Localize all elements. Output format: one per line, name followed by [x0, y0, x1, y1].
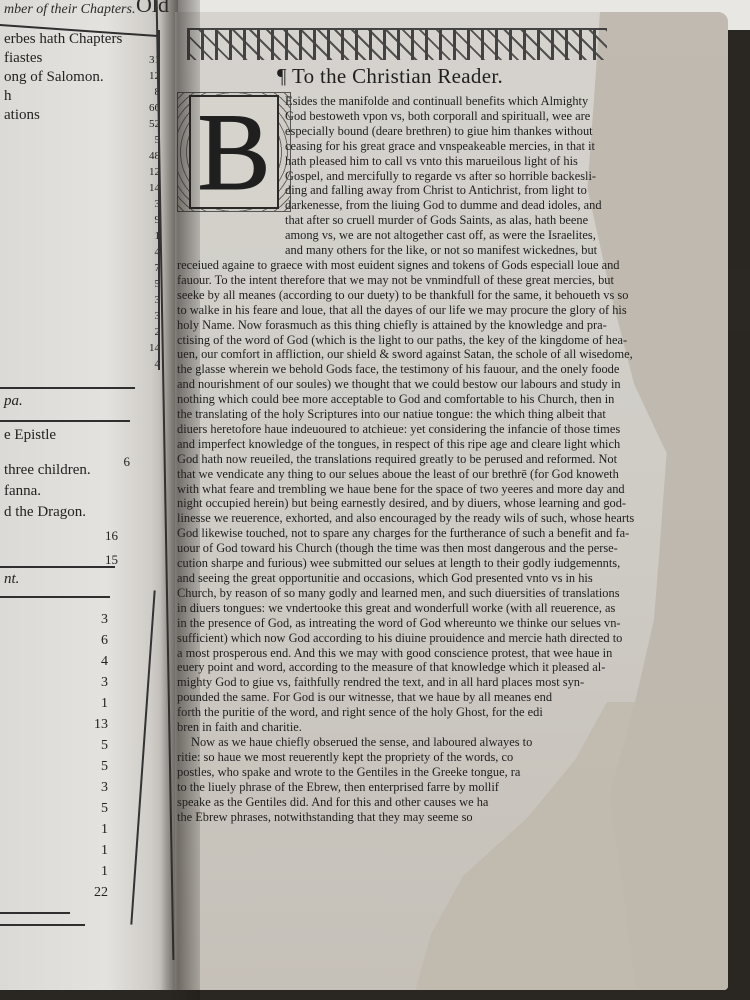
text-line: cution sharpe and furious) wee submitted…: [177, 556, 634, 571]
count: 5: [140, 278, 160, 294]
section-label-nt: nt.: [4, 570, 19, 589]
section-rule: [0, 566, 115, 568]
count: 5: [86, 801, 108, 822]
text-line: God likewise touched, not to spare any c…: [177, 526, 634, 541]
count: 4: [140, 246, 160, 262]
text-line: the glasse wherein we behold Gods face, …: [177, 362, 634, 377]
page-title: ¶ To the Christian Reader.: [277, 64, 503, 89]
text-line: to the liuely phrase of the Ebrew, then …: [177, 780, 634, 795]
bottom-rule: [0, 912, 70, 914]
text-line: with what feare and trembling we haue be…: [177, 482, 634, 497]
apocrypha-count: 6: [112, 454, 130, 470]
count: 2: [140, 326, 160, 342]
bottom-rule: [0, 924, 85, 926]
left-page: mber of their Chapters. Old erbes hath C…: [0, 0, 178, 990]
count: 4: [140, 358, 160, 374]
apocrypha-count: 16: [100, 528, 118, 544]
count: 3: [86, 780, 108, 801]
text-line: Church, by reason of so many godly and l…: [177, 586, 634, 601]
text-line: the Ebrew phrases, notwithstanding that …: [177, 810, 634, 825]
text-line: linesse we reuerence, exhorted, and also…: [177, 511, 634, 526]
text-line: that we vendicate any thing to our selue…: [177, 467, 634, 482]
book-list: erbes hath Chapters fiastes ong of Salom…: [4, 30, 122, 125]
count: 1: [140, 230, 160, 246]
text-line: nothing which could bee more acceptable …: [177, 392, 634, 407]
count: 12: [140, 166, 160, 182]
text-line: fauour. To the intent therefore that we …: [177, 273, 634, 288]
text-line: ritie: so haue we most reuerently kept t…: [177, 750, 634, 765]
text-line: a most prosperous end. And this we may w…: [177, 646, 634, 661]
book-item: erbes hath Chapters: [4, 30, 122, 49]
text-line: the translating of the holy Scriptures i…: [177, 407, 634, 422]
count: 9: [140, 214, 160, 230]
text-line: bren in faith and charitie.: [177, 720, 634, 735]
text-line: Now as we haue chiefly obserued the sens…: [177, 735, 634, 750]
count: 4: [86, 654, 108, 675]
text-line: euery point and word, according to the m…: [177, 660, 634, 675]
count: 5: [86, 759, 108, 780]
text-line: among vs, we are not altogether cast off…: [177, 228, 634, 243]
count: 1: [86, 822, 108, 843]
text-line: postles, who spake and wrote to the Gent…: [177, 765, 634, 780]
book-item: fiastes: [4, 49, 122, 68]
text-line: hath pleased him to call vs vnto this ma…: [177, 154, 634, 169]
text-line: God bestoweth vpon vs, both corporall an…: [177, 109, 634, 124]
text-line: speake as the Gentiles did. And for this…: [177, 795, 634, 810]
count: 5: [86, 738, 108, 759]
count: 14: [140, 342, 160, 358]
section-rule: [0, 596, 110, 598]
book-gutter-shadow: [160, 0, 200, 1000]
left-page-header: mber of their Chapters.: [4, 2, 135, 18]
text-line: ctising of the word of God (which is the…: [177, 333, 634, 348]
text-line: and nourishment of our soules) we though…: [177, 377, 634, 392]
apocrypha-item: fanna.: [4, 481, 91, 502]
text-line: ding and falling away from Christ to Ant…: [177, 183, 634, 198]
text-line: and seeing the great opportunitie and oc…: [177, 571, 634, 586]
apocrypha-item: three children.: [4, 460, 91, 481]
count: 6: [86, 633, 108, 654]
count: 3: [140, 198, 160, 214]
right-page: ¶ To the Christian Reader. B Esides the …: [175, 12, 728, 990]
text-line: diuers heretofore haue indeuoured to atc…: [177, 422, 634, 437]
count: 7: [140, 262, 160, 278]
text-line: night occupied herein) but being earnest…: [177, 496, 634, 511]
text-line: pounded the same. For God is our witness…: [177, 690, 634, 705]
decorative-border-ornament: [187, 28, 607, 60]
column-rule: [130, 590, 155, 924]
text-line: holy Name. Now forasmuch as this thing c…: [177, 318, 634, 333]
text-line: uen, our comfort in affliction, our shie…: [177, 347, 634, 362]
body-text: Esides the manifolde and continuall bene…: [177, 94, 634, 824]
apocrypha-item: d the Dragon.: [4, 502, 91, 523]
text-line: in diuers tongues: we vndertooke this gr…: [177, 601, 634, 616]
text-line: receiued againe to graece with most euid…: [177, 258, 634, 273]
apocrypha-list: e Epistle three children. fanna. d the D…: [4, 425, 91, 523]
text-line: sufficient) which now God according to h…: [177, 631, 634, 646]
count: 3: [86, 675, 108, 696]
apocrypha-item: e Epistle: [4, 425, 91, 446]
text-line: Esides the manifolde and continuall bene…: [177, 94, 634, 109]
count: 5: [140, 134, 160, 150]
book-item: h: [4, 87, 122, 106]
text-line: Gospel, and mercifully to regarde vs aft…: [177, 169, 634, 184]
text-line: that after so cruell murder of Gods Sain…: [177, 213, 634, 228]
text-line: forth the puritie of the word, and right…: [177, 705, 634, 720]
text-line: and imperfect knowledge of the tongues, …: [177, 437, 634, 452]
text-line: uour of God toward his Church (though th…: [177, 541, 634, 556]
count: 48: [140, 150, 160, 166]
text-line: seeke by all meanes (according to our du…: [177, 288, 634, 303]
count: 3: [140, 310, 160, 326]
text-line: mighty God to giue vs, faithfully rendre…: [177, 675, 634, 690]
count: 1: [86, 843, 108, 864]
text-line: darkenesse, from the liuing God to dumme…: [177, 198, 634, 213]
count: 1: [86, 696, 108, 717]
nt-chapter-counts: 3 6 4 3 1 13 5 5 3 5 1 1 1 22: [86, 612, 108, 906]
section-rule: [0, 420, 130, 422]
book-item: ations: [4, 106, 122, 125]
text-line: God hath now reueiled, the translations …: [177, 452, 634, 467]
book-item: ong of Salomon.: [4, 68, 122, 87]
count: 3: [86, 612, 108, 633]
text-line: in the presence of God, as intreating th…: [177, 616, 634, 631]
count: 22: [86, 885, 108, 906]
count: 1: [86, 864, 108, 885]
count: 13: [86, 717, 108, 738]
text-line: especially bound (deare brethren) to giu…: [177, 124, 634, 139]
text-line: and many others for the like, or not so …: [177, 243, 634, 258]
count: 3: [140, 294, 160, 310]
text-line: ceasing for his great grace and vnspeake…: [177, 139, 634, 154]
section-label-apocrypha: pa.: [4, 392, 23, 411]
text-line: to walke in his feare and loue, that all…: [177, 303, 634, 318]
count: 14: [140, 182, 160, 198]
section-rule: [0, 387, 135, 389]
